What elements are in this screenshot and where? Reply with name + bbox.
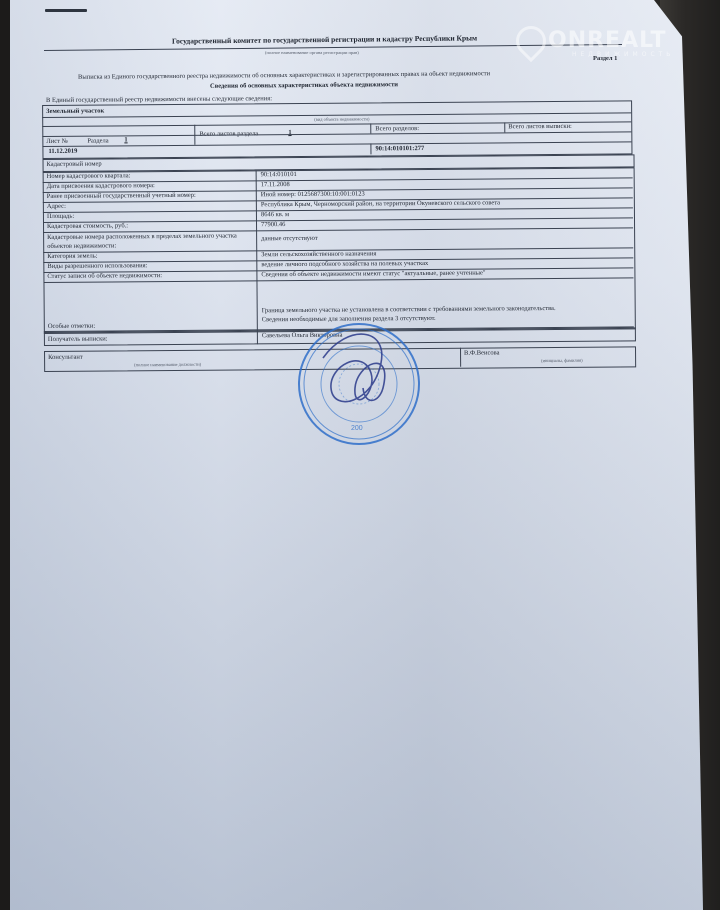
field-label: Номер кадастрового квартала: (47, 172, 131, 180)
consultant-label: Консультант (48, 354, 83, 361)
field-value: 90:14:010101 (261, 171, 297, 178)
field-label: Адрес: (47, 203, 66, 210)
field-value: 17.11.2008 (261, 181, 290, 188)
section-num: 1 (124, 136, 127, 143)
total-sections-label: Всего разделов: (375, 125, 419, 132)
signer-caption: (инициалы, фамилия) (541, 358, 583, 363)
section-num-label: Раздела (87, 137, 108, 144)
document-date: 11.12.2019 (48, 148, 77, 155)
object-type-caption: (вид объекта недвижимости) (314, 116, 369, 121)
watermark-logo: ONREALT НЕДВИЖИМОСТЬ (548, 28, 674, 58)
official-stamp: 200 (293, 318, 429, 450)
field-value: 77900.46 (261, 221, 285, 228)
signer-name: В.Ф.Веисова (464, 349, 499, 356)
cadastral-number-label: Кадастровый номер (47, 161, 102, 168)
object-type: Земельный участок (46, 108, 104, 115)
authority-caption: (полное наименование органа регистрации … (265, 50, 359, 55)
top-dash-mark (45, 9, 87, 12)
field-value: ведение личного подсобного хозяйства на … (261, 260, 428, 268)
field-value: Земли сельскохозяйственного назначения (261, 250, 376, 258)
consultant-caption: (полное наименование должности) (134, 362, 201, 368)
field-label: Кадастровая стоимость, руб.: (47, 222, 128, 230)
recipient-label: Получатель выписки: (48, 335, 108, 342)
field-value: данные отсутствуют (261, 235, 318, 242)
field-label: Кадастровые номера расположенных в преде… (47, 231, 252, 251)
signature-icon (323, 334, 385, 402)
field-label: Дата присвоения кадастрового номера: (47, 182, 155, 190)
cadastral-number: 90:14:010101:277 (375, 145, 424, 152)
field-label: Ранее присвоенный государственный учетны… (47, 192, 196, 200)
special-marks-label: Особые отметки: (48, 323, 95, 330)
field-value: Иной номер: 0125687300:10:001:0123 (261, 190, 365, 198)
field-label: Категория земель: (47, 253, 97, 260)
field-value: 8646 кв. м (261, 211, 289, 218)
svg-text:200: 200 (351, 425, 363, 432)
total-extract-sheets-label: Всего листов выписки: (508, 123, 572, 130)
field-label: Статус записи об объекте недвижимости: (47, 272, 162, 280)
sheet-label: Лист № (46, 138, 68, 145)
field-label: Виды разрешенного использования: (47, 262, 147, 270)
field-label: Площадь: (47, 213, 74, 220)
